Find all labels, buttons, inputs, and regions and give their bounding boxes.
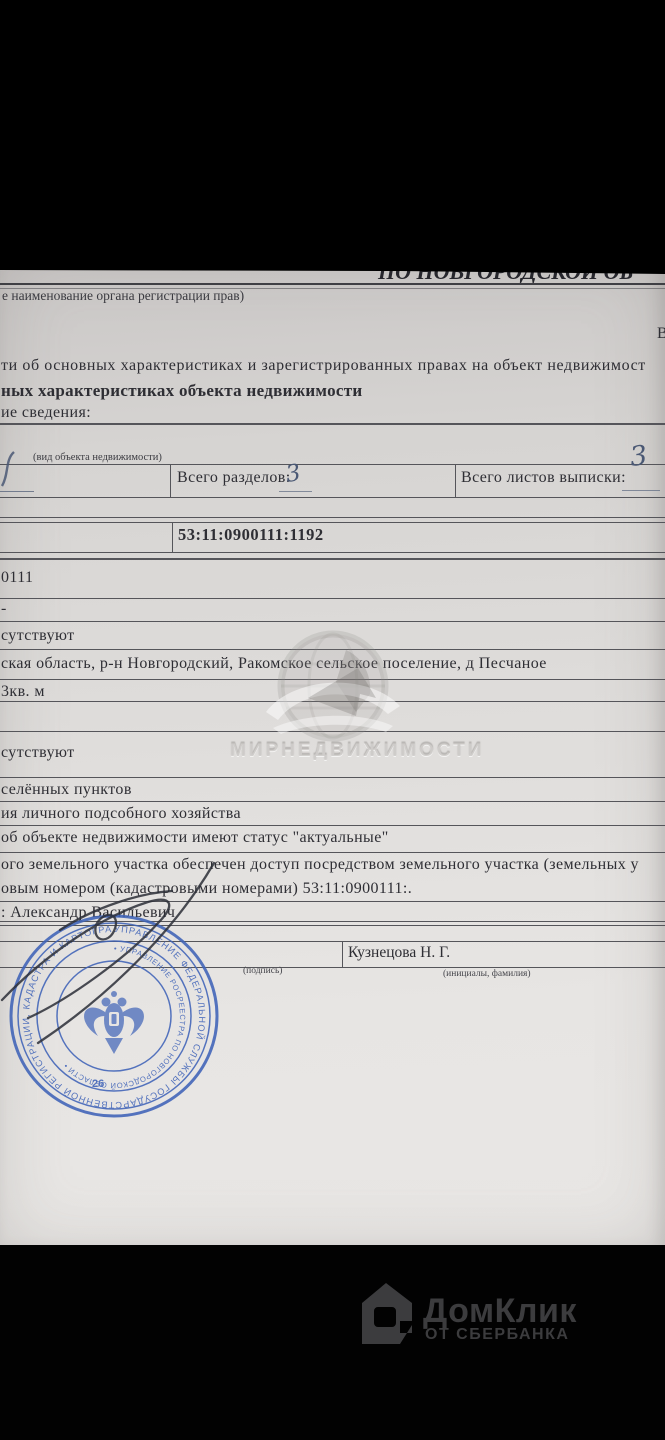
handwritten-signature [0, 845, 260, 1075]
table-line-vertical [170, 464, 171, 497]
intro-line-3: ие сведения: [1, 404, 91, 422]
domclick-logo-subtitle: ОТ СБЕРБАНКА [425, 1326, 569, 1344]
table-line [0, 598, 665, 599]
top-letterbox-bar [0, 0, 665, 280]
domclick-house-icon [360, 1283, 414, 1344]
table-line [0, 497, 665, 498]
table-line [0, 777, 665, 778]
table-line [0, 423, 665, 425]
document-row-text: - [1, 600, 7, 618]
intro-line-1: ти об основных характеристиках и зарегис… [1, 357, 646, 375]
handwritten-left-edge-mark [0, 450, 24, 495]
table-line-vertical [455, 464, 456, 497]
document-row-text: ия личного подсобного хозяйства [1, 805, 241, 823]
table-line [0, 621, 665, 622]
table-line [0, 517, 665, 518]
right-edge-cut-character: В [657, 325, 665, 343]
initials-caption: (инициалы, фамилия) [443, 969, 531, 979]
table-line [0, 464, 665, 465]
sheets-label: Всего листов выписки: [461, 469, 626, 487]
globe-house-icon [248, 628, 418, 748]
document-row-text: 0111 [1, 569, 33, 587]
watermark-text: МИРНЕДВИЖИМОСТИ [230, 740, 484, 762]
table-line-vertical [342, 941, 343, 967]
table-line [0, 558, 665, 560]
document-row-text: 3кв. м [1, 683, 45, 701]
document-row-text: сутствуют [1, 744, 75, 762]
table-line [0, 825, 665, 826]
cadastral-number: 53:11:0900111:1192 [178, 525, 324, 545]
stamp-number: 26 [92, 1078, 104, 1090]
table-line [0, 801, 665, 802]
table-line [0, 552, 665, 553]
document-row-text: сутствуют [1, 627, 75, 645]
sections-label: Всего разделов: [177, 469, 291, 487]
document-row-text: селённых пунктов [1, 781, 132, 799]
intro-line-2: ных характеристиках объекта недвижимости [1, 381, 362, 401]
sheets-value-underscore [622, 490, 660, 491]
registrar-initials-name: Кузнецова Н. Г. [348, 944, 450, 962]
sheets-value-handwritten: 3 [628, 440, 649, 473]
object-kind-caption: (вид объекта недвижимости) [33, 452, 162, 463]
sections-value-underscore [279, 491, 312, 492]
header-underline [0, 283, 665, 285]
table-line [0, 522, 665, 523]
table-line-vertical [172, 522, 173, 552]
screenshot-root: МИРНЕДВИЖИМОСТИ КОВ ПО НОВГОРОДСКОЙ ОБ е… [0, 0, 665, 1440]
org-caption: е наименование органа регистрации прав) [2, 288, 244, 304]
